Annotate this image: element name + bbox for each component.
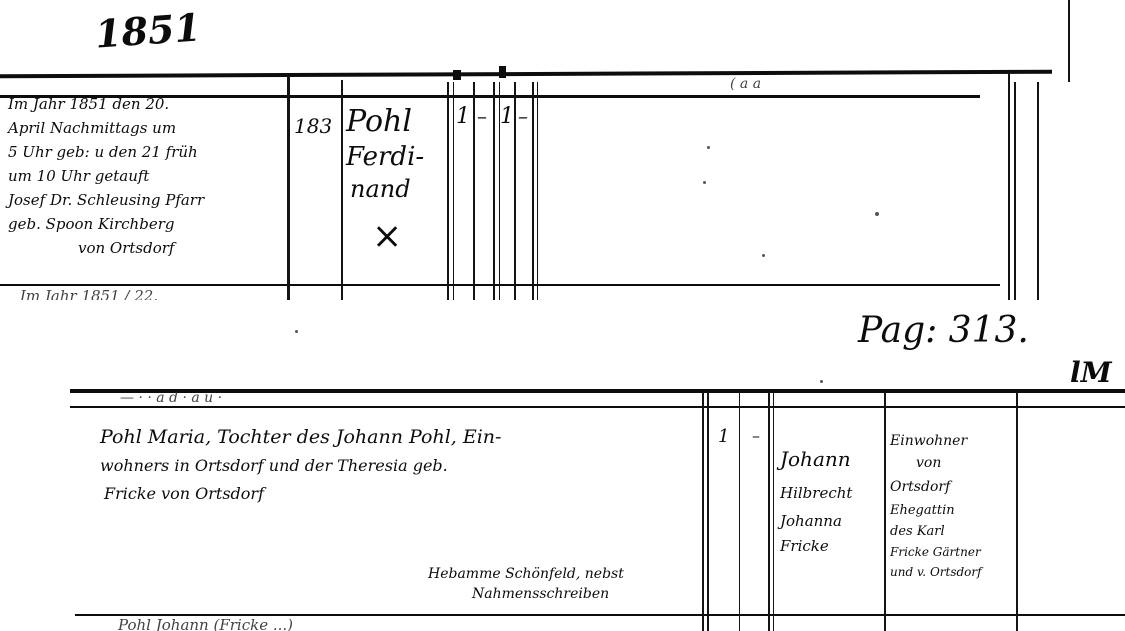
- column-line: [1037, 82, 1039, 300]
- column-line: [493, 82, 495, 300]
- entry-line: wohners in Ortsdorf und der Theresia geb…: [100, 452, 700, 480]
- paper-speck: [295, 330, 298, 333]
- row-rule: [0, 284, 1000, 286]
- note-line: von Ortsdorf: [8, 236, 286, 260]
- header-fragment-text: ( a a: [730, 76, 761, 92]
- header-rule-top: [0, 70, 1052, 79]
- column-line: [473, 82, 475, 300]
- status-line: des Karl: [890, 522, 1016, 542]
- godparent-line: Johann: [780, 440, 884, 478]
- paper-speck: [820, 380, 823, 383]
- column-line: [1014, 82, 1016, 300]
- name-line: Ferdi-: [346, 140, 446, 174]
- tally-mark: –: [752, 426, 760, 445]
- status-line: Fricke Gärtner: [890, 542, 1016, 562]
- column-line: [514, 82, 516, 300]
- godparent-names: Johann Hilbrecht Johanna Fricke: [780, 440, 884, 558]
- column-line: [447, 82, 449, 300]
- paper-speck: [707, 146, 710, 149]
- status-line: von: [890, 452, 1016, 474]
- entry-line: Pohl Maria, Tochter des Johann Pohl, Ein…: [100, 422, 700, 452]
- column-line: [739, 392, 740, 631]
- column-line: [532, 82, 534, 300]
- column-line: [287, 76, 290, 300]
- column-line: [1016, 392, 1018, 631]
- death-cross-mark: ×: [372, 216, 402, 257]
- register-fragment-bottom: Pag: 313. lM — · · a d · a u · Pohl Mari…: [0, 300, 1125, 631]
- header-rule-top: [70, 389, 1125, 393]
- column-line: [707, 392, 709, 631]
- column-line: [884, 392, 886, 631]
- child-name: Pohl Ferdi- nand: [346, 104, 446, 204]
- godparent-line: Hilbrecht: [780, 478, 884, 508]
- column-line: [1008, 72, 1010, 300]
- entry-line: Fricke von Ortsdorf: [100, 480, 700, 508]
- paper-speck: [703, 181, 706, 184]
- midwife-signature: Hebamme Schönfeld, nebst Nahmensschreibe…: [428, 564, 703, 604]
- note-line: geb. Spoon Kirchberg: [8, 212, 286, 236]
- column-line: [341, 80, 343, 300]
- page-label: Pag: 313.: [858, 310, 1029, 351]
- entry-number: 183: [294, 114, 332, 138]
- column-line: [537, 82, 538, 300]
- tally-mark: –: [518, 104, 528, 128]
- next-row-fragment: Pohl Johann (Fricke ...): [118, 616, 293, 631]
- entry-text: Pohl Maria, Tochter des Johann Pohl, Ein…: [100, 422, 700, 508]
- tally-mark: 1: [456, 104, 470, 129]
- note-line: 5 Uhr geb: u den 21 früh: [8, 140, 286, 164]
- name-line: nand: [346, 174, 446, 204]
- godparent-line: Johanna: [780, 508, 884, 534]
- status-line: Ortsdorf: [890, 474, 1016, 500]
- tally-mark: –: [477, 104, 487, 128]
- note-line: Josef Dr. Schleusing Pfarr: [8, 188, 286, 212]
- note-line: April Nachmittags um: [8, 116, 286, 140]
- register-fragment-top: 1851 ( a a Im Jahr 1851 den 20. April Na…: [0, 0, 1070, 300]
- column-line: [453, 82, 454, 300]
- name-line: Pohl: [346, 104, 446, 140]
- godparent-status: Einwohner von Ortsdorf Ehegattin des Kar…: [890, 430, 1016, 582]
- note-line: Im Jahr 1851 den 20.: [8, 92, 286, 116]
- corner-mark: lM: [1070, 356, 1112, 389]
- status-line: und v. Ortsdorf: [890, 562, 1016, 582]
- status-line: Einwohner: [890, 430, 1016, 452]
- tally-mark: 1: [718, 426, 729, 447]
- godparent-line: Fricke: [780, 534, 884, 558]
- header-fragment-text: — · · a d · a u ·: [120, 390, 222, 406]
- note-line: um 10 Uhr getauft: [8, 164, 286, 188]
- baptism-note: Im Jahr 1851 den 20. April Nachmittags u…: [8, 92, 286, 260]
- status-line: Ehegattin: [890, 500, 1016, 522]
- header-notch: [453, 70, 461, 80]
- paper-speck: [875, 212, 879, 216]
- year-heading: 1851: [94, 4, 203, 56]
- column-line: [768, 392, 770, 631]
- page-edge-line: [1068, 0, 1070, 82]
- header-notch: [499, 66, 506, 78]
- tally-mark: 1: [500, 104, 514, 129]
- column-line: [773, 392, 774, 631]
- signature-line: Nahmensschreiben: [428, 584, 703, 604]
- paper-speck: [762, 254, 765, 257]
- signature-line: Hebamme Schönfeld, nebst: [428, 564, 703, 584]
- header-rule-bottom: [70, 406, 1125, 408]
